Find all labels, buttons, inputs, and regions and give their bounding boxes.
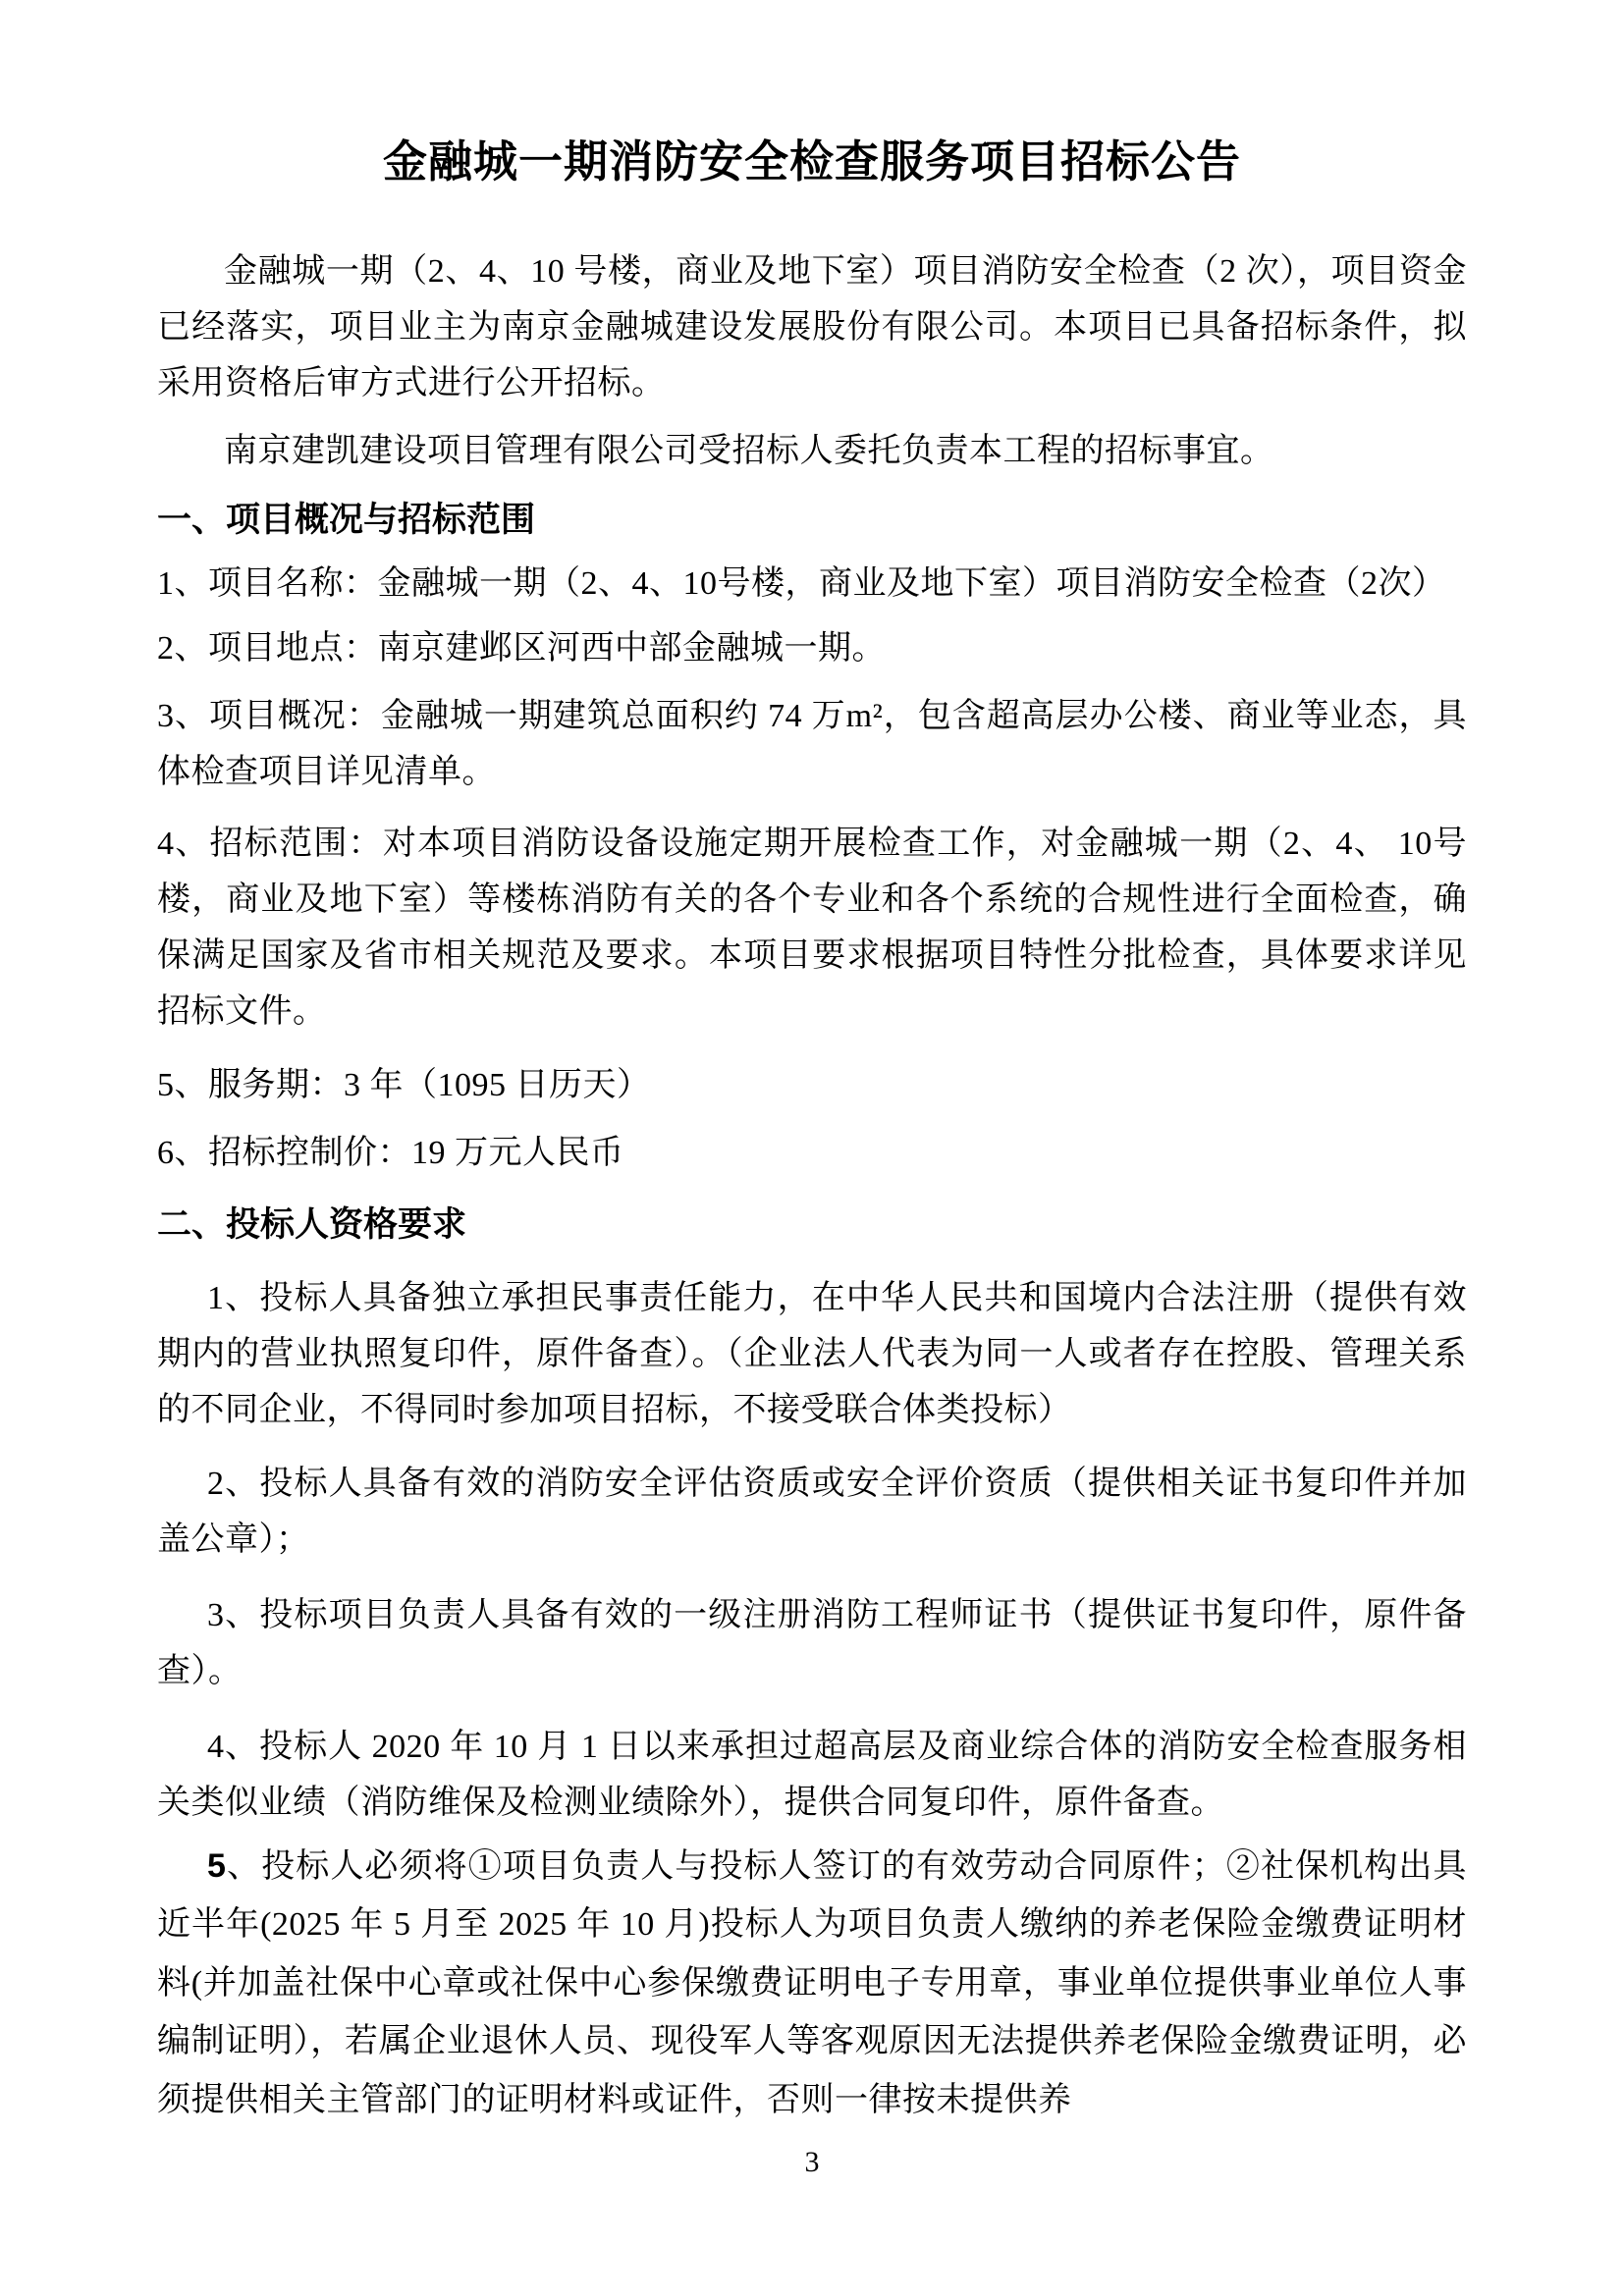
section2-heading: 二、投标人资格要求	[157, 1198, 1467, 1253]
section2-item-2-qualification: 2、投标人具备有效的消防安全评估资质或安全评价资质（提供相关证书复印件并加盖公章…	[157, 1456, 1467, 1568]
intro-paragraph-1: 金融城一期（2、4、10 号楼，商业及地下室）项目消防安全检查（2 次），项目资…	[157, 243, 1467, 411]
section1-item-service-period: 5、服务期：3 年（1095 日历天）	[157, 1057, 1467, 1113]
intro-paragraph-2: 南京建凯建设项目管理有限公司受招标人委托负责本工程的招标事宜。	[157, 423, 1467, 479]
section1-item-project-name: 1、项目名称：金融城一期（2、4、10号楼，商业及地下室）项目消防安全检查（2次…	[157, 556, 1467, 612]
item-5-text: 、投标人必须将①项目负责人与投标人签订的有效劳动合同原件；②社保机构出具近半年(…	[157, 1848, 1467, 2118]
document-title: 金融城一期消防安全检查服务项目招标公告	[157, 135, 1467, 188]
section1-item-tender-scope: 4、招标范围：对本项目消防设备设施定期开展检查工作，对金融城一期（2、4、 10…	[157, 816, 1467, 1040]
section2-item-1-legal-capacity: 1、投标人具备独立承担民事责任能力，在中华人民共和国境内合法注册（提供有效期内的…	[157, 1270, 1467, 1438]
section1-item-project-overview: 3、项目概况：金融城一期建筑总面积约 74 万m²，包含超高层办公楼、商业等业态…	[157, 688, 1467, 800]
section1-heading: 一、项目概况与招标范围	[157, 493, 1467, 548]
item-5-number: 5	[207, 1847, 226, 1885]
section1-item-project-location: 2、项目地点：南京建邺区河西中部金融城一期。	[157, 620, 1467, 676]
document-page: 金融城一期消防安全检查服务项目招标公告 金融城一期（2、4、10 号楼，商业及地…	[0, 0, 1624, 2296]
section2-item-5-social-security: 5、投标人必须将①项目负责人与投标人签订的有效劳动合同原件；②社保机构出具近半年…	[157, 1838, 1467, 2130]
page-number: 3	[0, 2145, 1624, 2180]
section1-item-control-price: 6、招标控制价：19 万元人民币	[157, 1125, 1467, 1181]
section2-item-4-track-record: 4、投标人 2020 年 10 月 1 日以来承担过超高层及商业综合体的消防安全…	[157, 1719, 1467, 1831]
section2-item-3-engineer-certificate: 3、投标项目负责人具备有效的一级注册消防工程师证书（提供证书复印件，原件备查）。	[157, 1587, 1467, 1699]
